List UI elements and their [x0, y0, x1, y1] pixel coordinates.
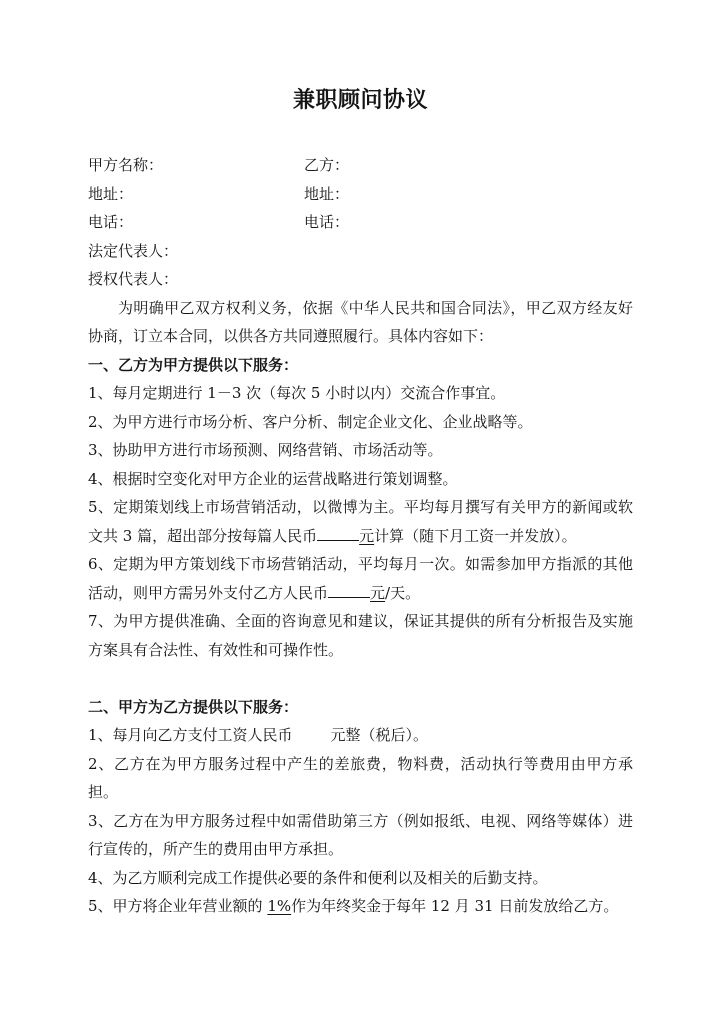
- contract-page: 兼职顾问协议 甲方名称： 乙方： 地址： 地址： 电话： 电话： 法定代表人： …: [0, 0, 721, 1020]
- party-a-address-label: 地址：: [88, 185, 133, 203]
- document-title: 兼职顾问协议: [88, 83, 633, 117]
- fill-in-blank-line: [317, 525, 359, 541]
- section1-item-5: 5、定期策划线上市场营销活动，以微博为主。平均每月撰写有关甲方的新闻或软文共 3…: [88, 493, 633, 550]
- party-a-name-label: 甲方名称：: [88, 156, 163, 174]
- party-row-name: 甲方名称： 乙方：: [88, 151, 633, 180]
- section2-item-1: 1、每月向乙方支付工资人民币元整（税后）。: [88, 721, 633, 750]
- party-row-phone: 电话： 电话：: [88, 208, 633, 237]
- section2-item-3: 3、乙方在为甲方服务过程中如需借助第三方（例如报纸、电视、网络等媒体）进行宣传的…: [88, 807, 633, 864]
- section2-heading: 二、甲方为乙方提供以下服务：: [88, 693, 633, 722]
- underlined-value: 元: [370, 584, 385, 602]
- party-info-block: 甲方名称： 乙方： 地址： 地址： 电话： 电话： 法定代表人： 授权代表人：: [88, 151, 633, 294]
- party-b-phone-label: 电话：: [304, 208, 349, 237]
- fill-in-gap: [293, 725, 331, 740]
- section2-item-5: 5、甲方将企业年营业额的 1%作为年终奖金于每年 12 月 31 日前发放给乙方…: [88, 892, 633, 921]
- text-segment: 3、协助甲方进行市场预测、网络营销、市场活动等。: [88, 441, 443, 459]
- party-row-authorized-rep: 授权代表人：: [88, 265, 633, 294]
- section2-item-2: 2、乙方在为甲方服务过程中产生的差旅费，物料费，活动执行等费用由甲方承担。: [88, 750, 633, 807]
- section1-item-6: 6、定期为甲方策划线下市场营销活动，平均每月一次。如需参加甲方指派的其他活动，则…: [88, 550, 633, 607]
- party-b-address-label: 地址：: [304, 180, 349, 209]
- text-segment: 3、乙方在为甲方服务过程中如需借助第三方（例如报纸、电视、网络等媒体）进行宣传的…: [88, 812, 633, 859]
- party-row-legal-rep: 法定代表人：: [88, 237, 633, 266]
- text-segment: 1、每月向乙方支付工资人民币: [88, 726, 293, 744]
- text-segment: 作为年终奖金于每年 12 月 31 日前发放给乙方。: [291, 897, 618, 915]
- underlined-value: 元: [359, 527, 374, 545]
- text-segment: 4、为乙方顺利完成工作提供必要的条件和便利以及相关的后勤支持。: [88, 869, 548, 887]
- text-segment: 7、为甲方提供准确、全面的咨询意见和建议，保证其提供的所有分析报告及实施方案具有…: [88, 612, 633, 659]
- legal-representative-label: 法定代表人：: [88, 242, 178, 260]
- authorized-representative-label: 授权代表人：: [88, 270, 178, 288]
- text-segment: 5、甲方将企业年营业额的: [88, 897, 267, 915]
- section1-heading: 一、乙方为甲方提供以下服务：: [88, 351, 633, 380]
- underlined-value: 1%: [267, 897, 291, 915]
- party-row-address: 地址： 地址：: [88, 180, 633, 209]
- section1-item-4: 4、根据时空变化对甲方企业的运营战略进行策划调整。: [88, 465, 633, 494]
- section2-item-4: 4、为乙方顺利完成工作提供必要的条件和便利以及相关的后勤支持。: [88, 864, 633, 893]
- text-segment: 元整（税后）。: [331, 726, 429, 744]
- section1-item-1: 1、每月定期进行 1－3 次（每次 5 小时以内）交流合作事宜。: [88, 379, 633, 408]
- text-segment: 4、根据时空变化对甲方企业的运营战略进行策划调整。: [88, 470, 458, 488]
- text-segment: /天。: [385, 584, 420, 602]
- section1-item-7: 7、为甲方提供准确、全面的咨询意见和建议，保证其提供的所有分析报告及实施方案具有…: [88, 607, 633, 664]
- section1-item-2: 2、为甲方进行市场分析、客户分析、制定企业文化、企业战略等。: [88, 408, 633, 437]
- text-segment: 2、为甲方进行市场分析、客户分析、制定企业文化、企业战略等。: [88, 413, 533, 431]
- text-segment: 2、乙方在为甲方服务过程中产生的差旅费，物料费，活动执行等费用由甲方承担。: [88, 755, 633, 802]
- section1-item-3: 3、协助甲方进行市场预测、网络营销、市场活动等。: [88, 436, 633, 465]
- party-b-name-label: 乙方：: [304, 151, 349, 180]
- intro-paragraph: 为明确甲乙双方权利义务，依据《中华人民共和国合同法》，甲乙双方经友好协商，订立本…: [88, 294, 633, 351]
- text-segment: 计算（随下月工资一并发放）。: [374, 527, 577, 545]
- fill-in-blank-line: [328, 582, 370, 598]
- party-a-phone-label: 电话：: [88, 213, 133, 231]
- text-segment: 1、每月定期进行 1－3 次（每次 5 小时以内）交流合作事宜。: [88, 384, 505, 402]
